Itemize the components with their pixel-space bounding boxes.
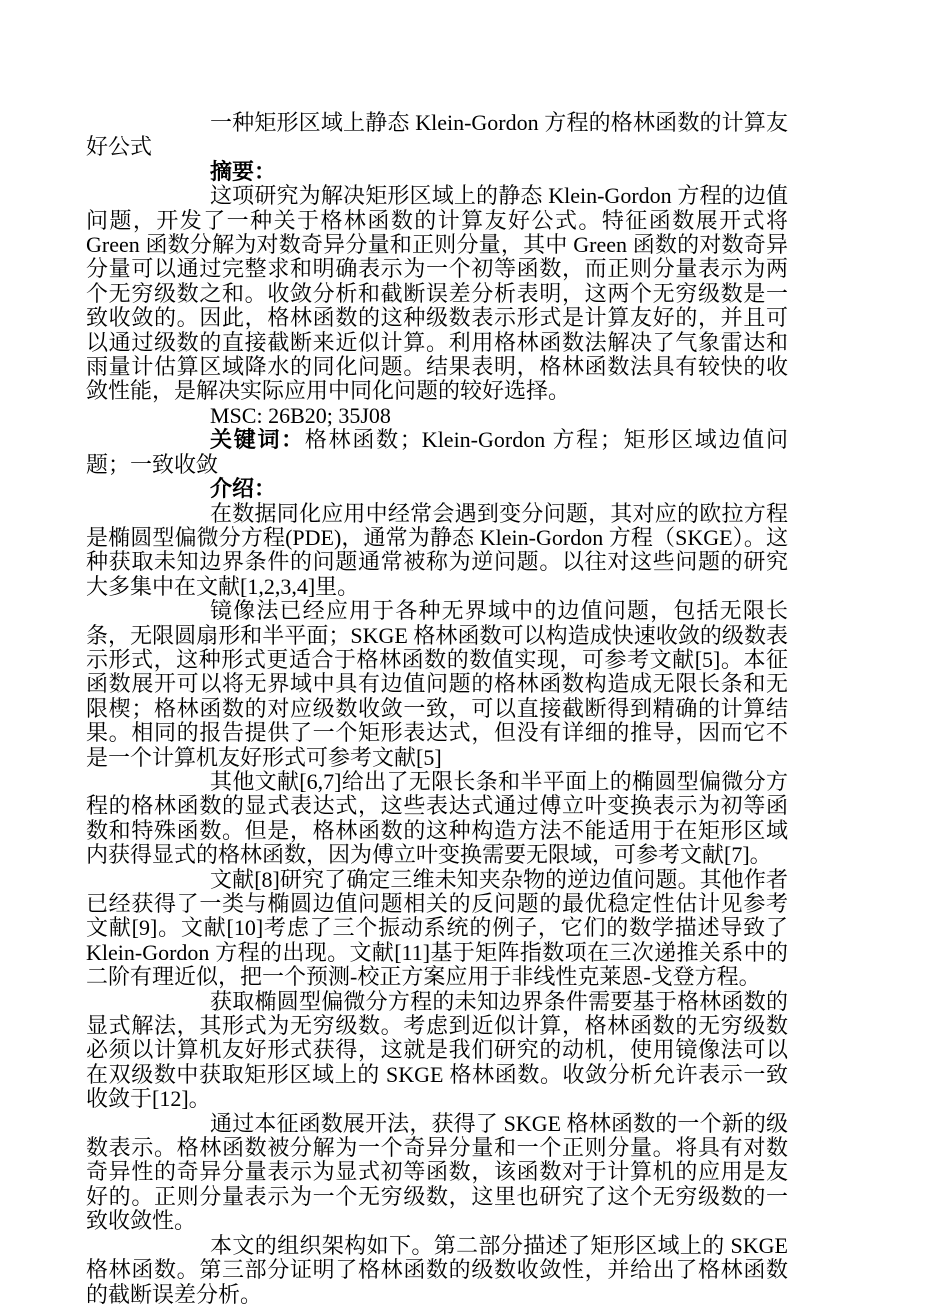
intro-paragraph-2: 镜像法已经应用于各种无界域中的边值问题，包括无限长条，无限圆扇形和半平面；SKG… bbox=[86, 599, 788, 770]
keywords-text: 格林函数；Klein-Gordon 方程；矩形区域边值问题；一致收敛 bbox=[86, 427, 788, 476]
intro-paragraph-7: 本文的组织架构如下。第二部分描述了矩形区域上的 SKGE 格林函数。第三部分证明… bbox=[86, 1234, 788, 1307]
intro-paragraph-6: 通过本征函数展开法，获得了 SKGE 格林函数的一个新的级数表示。格林函数被分解… bbox=[86, 1112, 788, 1234]
document-content: 一种矩形区域上静态 Klein-Gordon 方程的格林函数的计算友好公式 摘要… bbox=[86, 111, 788, 1307]
abstract-heading: 摘要： bbox=[86, 160, 788, 184]
keywords-label: 关键词： bbox=[210, 427, 305, 452]
document-page: 一种矩形区域上静态 Klein-Gordon 方程的格林函数的计算友好公式 摘要… bbox=[0, 0, 926, 1309]
intro-paragraph-3: 其他文献[6,7]给出了无限长条和半平面上的椭圆型偏微分方程的格林函数的显式表达… bbox=[86, 770, 788, 868]
msc-line: MSC: 26B20; 35J08 bbox=[86, 404, 788, 428]
intro-paragraph-5: 获取椭圆型偏微分方程的未知边界条件需要基于格林函数的显式解法，其形式为无穷级数。… bbox=[86, 990, 788, 1112]
intro-paragraph-4: 文献[8]研究了确定三维未知夹杂物的逆边值问题。其他作者已经获得了一类与椭圆边值… bbox=[86, 868, 788, 990]
abstract-paragraph: 这项研究为解决矩形区域上的静态 Klein-Gordon 方程的边值问题，开发了… bbox=[86, 184, 788, 404]
introduction-heading: 介绍： bbox=[86, 477, 788, 501]
intro-paragraph-1: 在数据同化应用中经常会遇到变分问题，其对应的欧拉方程是椭圆型偏微分方程(PDE)… bbox=[86, 502, 788, 600]
keywords-line: 关键词：格林函数；Klein-Gordon 方程；矩形区域边值问题；一致收敛 bbox=[86, 428, 788, 477]
paper-title: 一种矩形区域上静态 Klein-Gordon 方程的格林函数的计算友好公式 bbox=[86, 111, 788, 160]
